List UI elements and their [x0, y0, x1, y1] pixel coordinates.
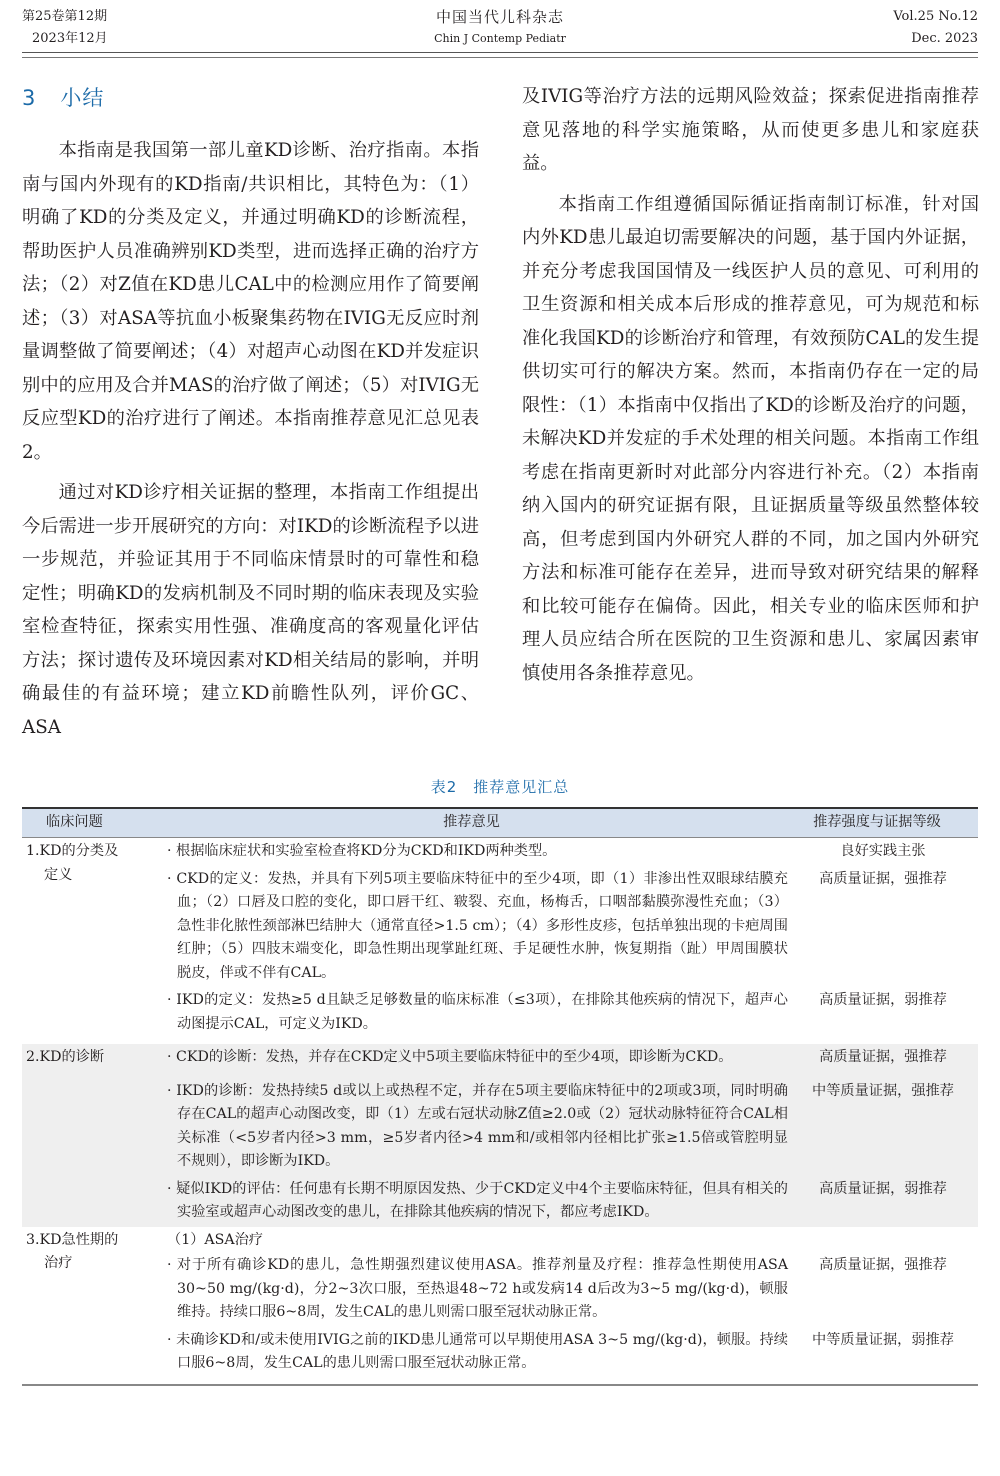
- question-text: 2.KD的诊断: [26, 1046, 167, 1070]
- recommendation-text: · 对于所有确诊KD的患儿，急性期强烈建议使用ASA。推荐剂量及疗程：推荐急性期…: [167, 1254, 788, 1325]
- recommendations: （1）ASA治疗 · 对于所有确诊KD的患儿，急性期强烈建议使用ASA。推荐剂量…: [167, 1227, 978, 1385]
- header-divider: [22, 52, 978, 58]
- recommendation-text: · IKD的诊断：发热持续5 d或以上或热程不定，并存在5项主要临床特征中的2项…: [167, 1080, 788, 1174]
- volume-issue-en: Vol.25 No.12: [893, 6, 978, 28]
- table-row: 1.KD的分类及定义 · 根据临床症状和实验室检查将KD分为CKD和IKD两种类…: [22, 838, 978, 1045]
- table-number: 表2: [431, 778, 458, 796]
- table-row: 3.KD急性期的治疗 （1）ASA治疗 · 对于所有确诊KD的患儿，急性期强烈建…: [22, 1227, 978, 1385]
- evidence-grade: 中等质量证据，弱推荐: [788, 1329, 978, 1376]
- recommendations: · 根据临床症状和实验室检查将KD分为CKD和IKD两种类型。良好实践主张 · …: [167, 838, 978, 1045]
- evidence-grade: 高质量证据，弱推荐: [788, 1178, 978, 1225]
- recommendation-text: · 根据临床症状和实验室检查将KD分为CKD和IKD两种类型。: [167, 840, 788, 864]
- evidence-grade: 高质量证据，强推荐: [788, 868, 978, 986]
- table-row: 2.KD的诊断 · CKD的诊断：发热，并存在CKD定义中5项主要临床特征中的至…: [22, 1044, 978, 1227]
- recommendation-text: · CKD的定义：发热，并具有下列5项主要临床特征中的至少4项，即（1）非渗出性…: [167, 868, 788, 986]
- recommendation-item: · 对于所有确诊KD的患儿，急性期强烈建议使用ASA。推荐剂量及疗程：推荐急性期…: [167, 1252, 978, 1327]
- recommendation-text: · IKD的定义：发热≥5 d且缺乏足够数量的临床标准（≤3项），在排除其他疾病…: [167, 989, 788, 1036]
- recommendation-item: · CKD的诊断：发热，并存在CKD定义中5项主要临床特征中的至少4项，即诊断为…: [167, 1044, 978, 1072]
- recommendation-item: · 根据临床症状和实验室检查将KD分为CKD和IKD两种类型。良好实践主张: [167, 838, 978, 866]
- body-paragraph-continued: 及IVIG等治疗方法的远期风险效益；探索促进指南推荐意见落地的科学实施策略，从而…: [522, 80, 979, 181]
- clinical-question: 1.KD的分类及定义: [22, 838, 167, 1045]
- recommendation-text: · 疑似IKD的评估：任何患有长期不明原因发热、少于CKD定义中4个主要临床特征…: [167, 1178, 788, 1225]
- recommendation-item: · 未确诊KD和/或未使用IVIG之前的IKD患儿通常可以早期使用ASA 3~5…: [167, 1327, 978, 1378]
- body-paragraph: 本指南是我国第一部儿童KD诊断、治疗指南。本指南与国内外现有的KD指南/共识相比…: [22, 134, 479, 469]
- section-title: 小结: [60, 86, 104, 110]
- clinical-question: 2.KD的诊断: [22, 1044, 167, 1227]
- recommendation-item: · IKD的定义：发热≥5 d且缺乏足够数量的临床标准（≤3项），在排除其他疾病…: [167, 987, 978, 1038]
- recommendation-item: · CKD的定义：发热，并具有下列5项主要临床特征中的至少4项，即（1）非渗出性…: [167, 866, 978, 988]
- clinical-question: 3.KD急性期的治疗: [22, 1227, 167, 1385]
- column-header-recommendation: 推荐意见: [167, 808, 776, 838]
- evidence-grade: 良好实践主张: [788, 840, 978, 864]
- evidence-grade: 中等质量证据，强推荐: [788, 1080, 978, 1174]
- table-title: 推荐意见汇总: [473, 778, 569, 796]
- evidence-grade: 高质量证据，强推荐: [788, 1046, 978, 1070]
- left-column: 3小结 本指南是我国第一部儿童KD诊断、治疗指南。本指南与国内外现有的KD指南/…: [22, 80, 479, 751]
- evidence-grade: 高质量证据，弱推荐: [788, 989, 978, 1036]
- table-caption: 表2推荐意见汇总: [0, 776, 1000, 797]
- issue-info-en: Vol.25 No.12 Dec. 2023: [893, 6, 978, 50]
- recommendation-item: · 疑似IKD的评估：任何患有长期不明原因发热、少于CKD定义中4个主要临床特征…: [167, 1176, 978, 1227]
- subheading: （1）ASA治疗: [167, 1227, 978, 1253]
- question-text: 1.KD的分类及: [26, 840, 167, 864]
- issue-date-en: Dec. 2023: [893, 28, 978, 50]
- question-text: 3.KD急性期的: [26, 1229, 167, 1253]
- right-column: 及IVIG等治疗方法的远期风险效益；探索促进指南推荐意见落地的科学实施策略，从而…: [522, 80, 979, 697]
- journal-name-cn: 中国当代儿科杂志: [22, 6, 978, 28]
- journal-name-en: Chin J Contemp Pediatr: [22, 28, 978, 50]
- question-text: 治疗: [26, 1252, 167, 1276]
- body-paragraph: 本指南工作组遵循国际循证指南制订标准，针对国内外KD患儿最迫切需要解决的问题，基…: [522, 188, 979, 691]
- running-head: 第25卷第12期 2023年12月 中国当代儿科杂志 Chin J Contem…: [22, 6, 978, 56]
- column-header-grade: 推荐强度与证据等级: [776, 808, 978, 838]
- recommendation-text: · 未确诊KD和/或未使用IVIG之前的IKD患儿通常可以早期使用ASA 3~5…: [167, 1329, 788, 1376]
- journal-name: 中国当代儿科杂志 Chin J Contemp Pediatr: [22, 6, 978, 50]
- body-paragraph: 通过对KD诊疗相关证据的整理，本指南工作组提出今后需进一步开展研究的方向：对IK…: [22, 476, 479, 744]
- recommendation-text: · CKD的诊断：发热，并存在CKD定义中5项主要临床特征中的至少4项，即诊断为…: [167, 1046, 788, 1070]
- section-number: 3: [22, 86, 36, 110]
- column-header-question: 临床问题: [22, 808, 167, 838]
- recommendation-item: · IKD的诊断：发热持续5 d或以上或热程不定，并存在5项主要临床特征中的2项…: [167, 1078, 978, 1176]
- recommendation-table: 临床问题 推荐意见 推荐强度与证据等级 1.KD的分类及定义 · 根据临床症状和…: [22, 807, 978, 1386]
- question-text: 定义: [26, 864, 167, 888]
- section-heading: 3小结: [22, 82, 479, 114]
- evidence-grade: 高质量证据，强推荐: [788, 1254, 978, 1325]
- table-header-row: 临床问题 推荐意见 推荐强度与证据等级: [22, 808, 978, 838]
- recommendations: · CKD的诊断：发热，并存在CKD定义中5项主要临床特征中的至少4项，即诊断为…: [167, 1044, 978, 1227]
